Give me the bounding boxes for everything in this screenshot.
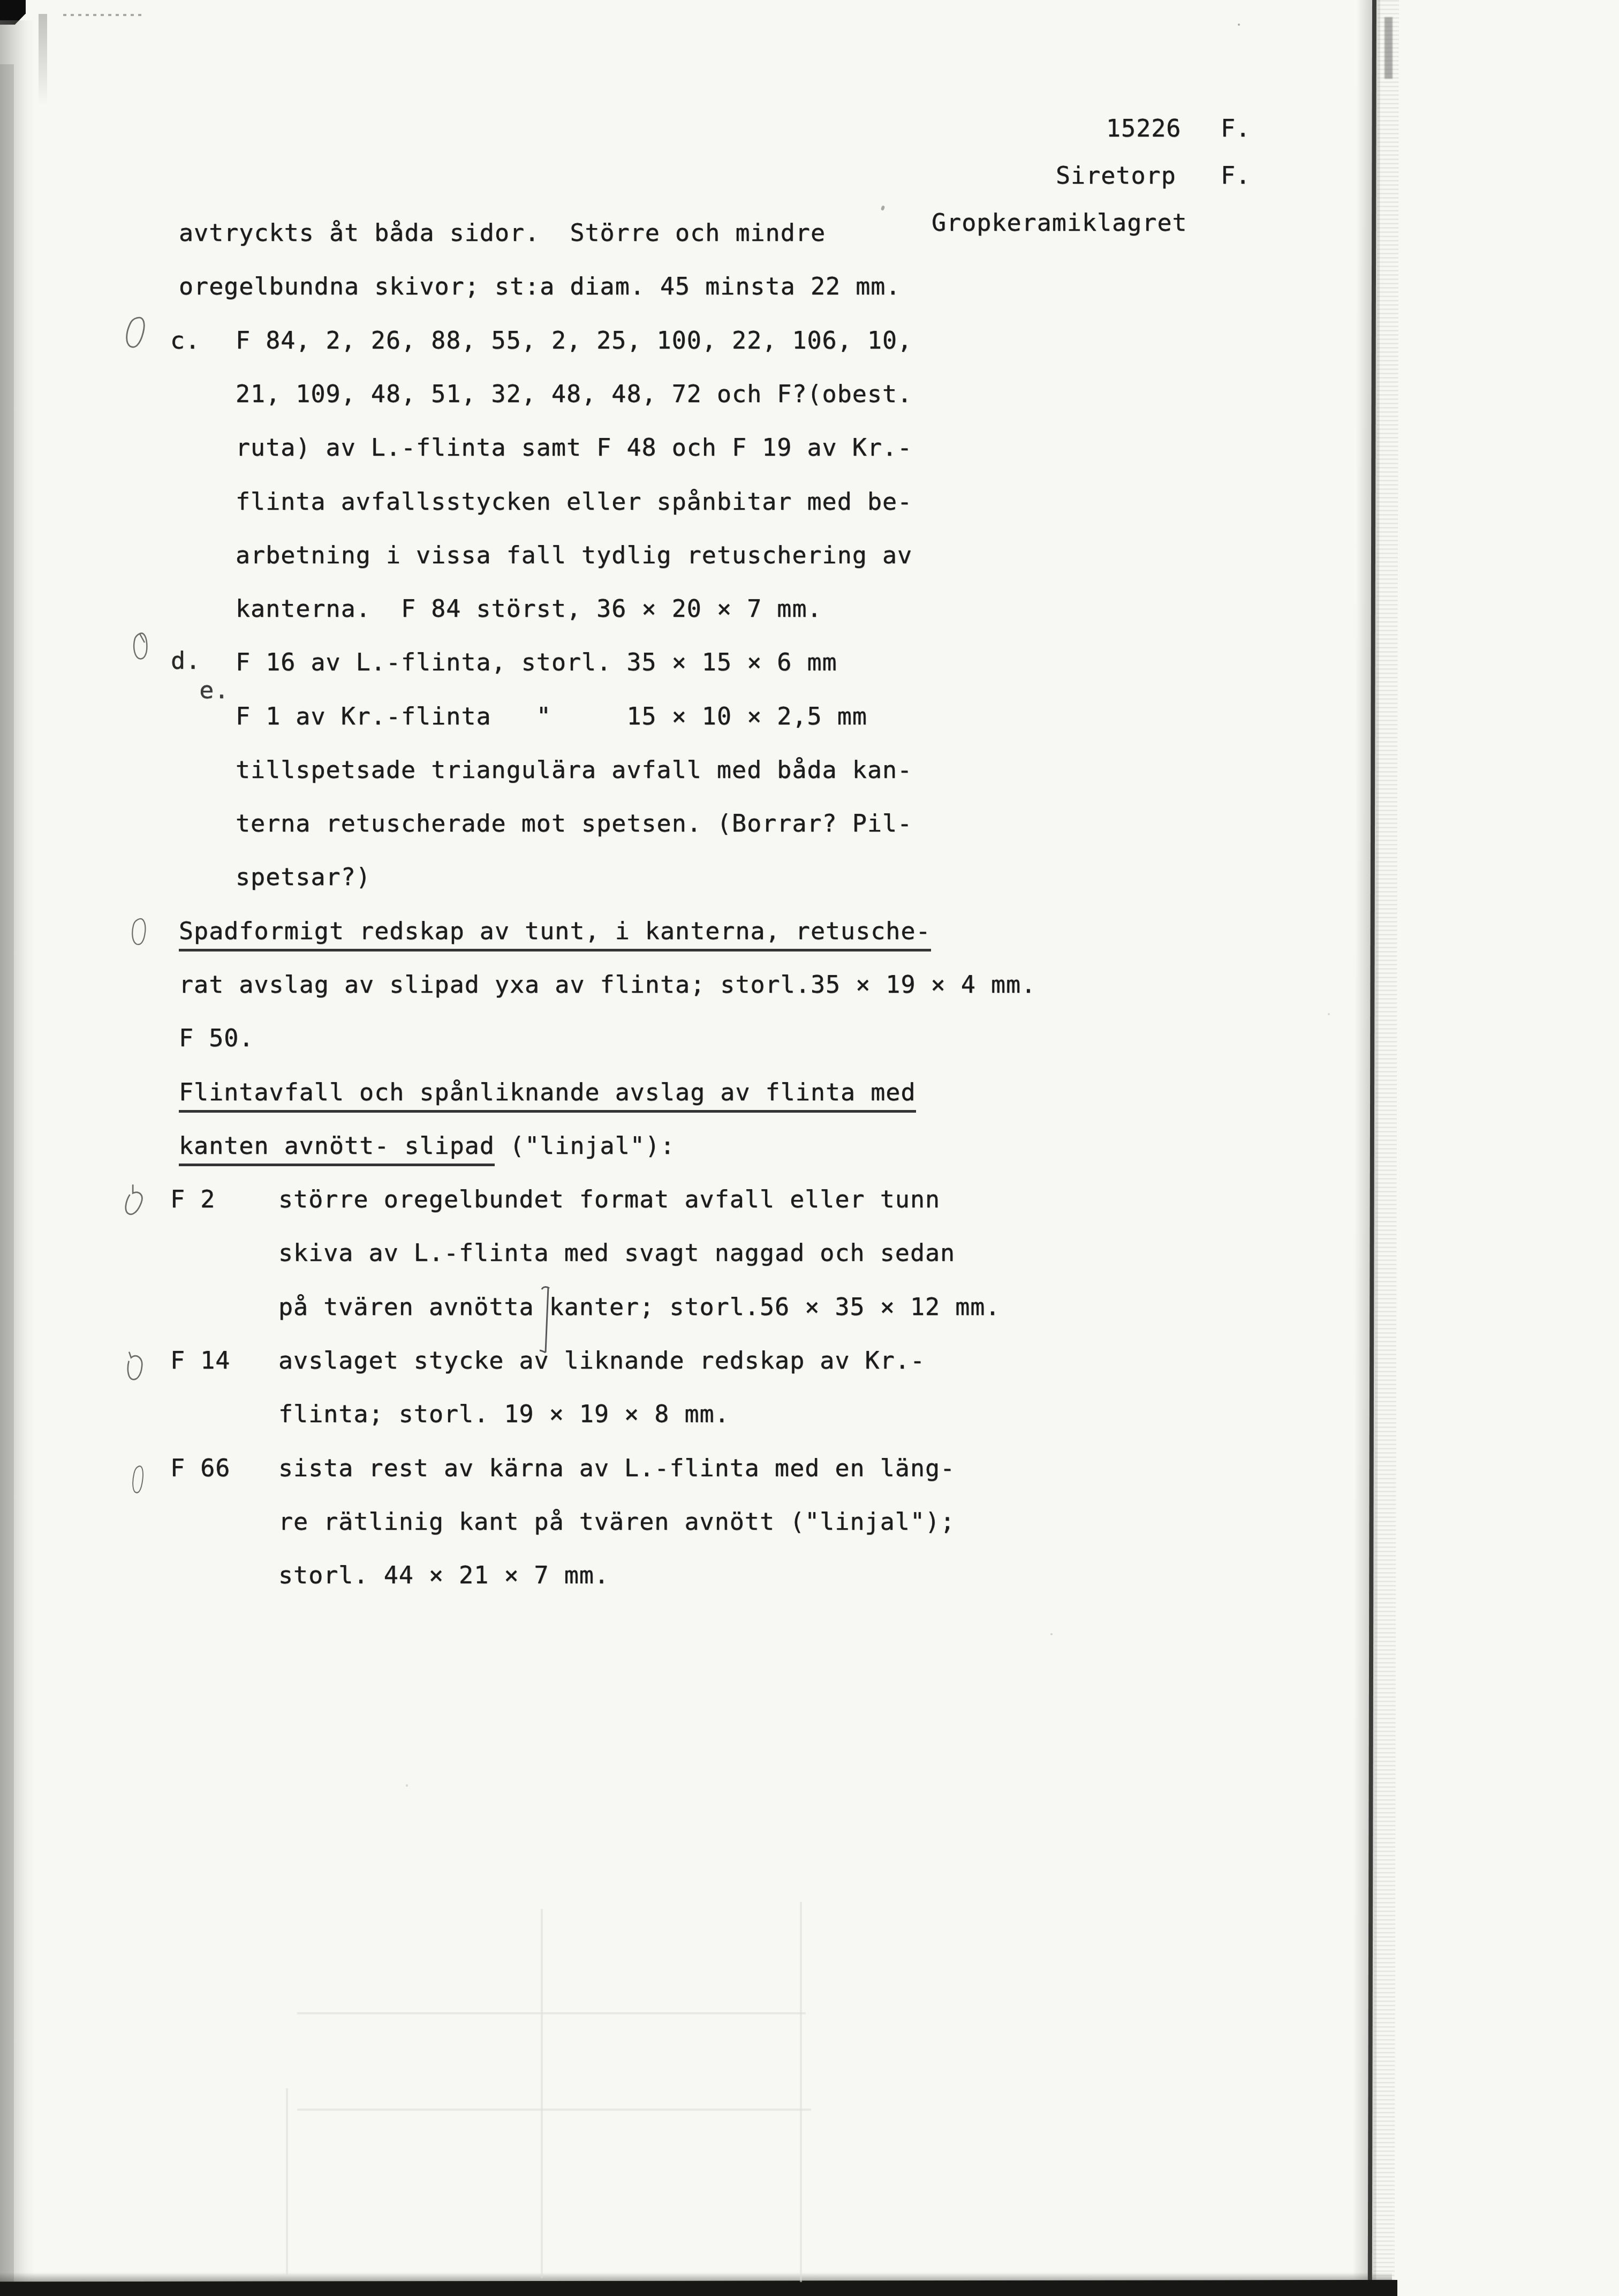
text-line-9: F 16 av L.-flinta, storl. 35 × 15 × 6 mm — [236, 648, 837, 676]
text-line-5: ruta) av L.-flinta samt F 48 och F 19 av… — [236, 434, 912, 462]
header-layer-name: Gropkeramiklagret — [932, 209, 1187, 237]
item-label-f14: F 14 — [170, 1347, 230, 1374]
ink-speck — [406, 1784, 408, 1787]
text-line-1: avtryckts åt båda sidor. Större och mind… — [179, 219, 826, 247]
insertion-stroke-icon — [535, 1284, 557, 1359]
page-edge-halo — [1353, 0, 1380, 2296]
ghost-rule-horizontal-1 — [297, 2012, 806, 2014]
text-line-2: oregelbundna skivor; st:a diam. 45 minst… — [179, 273, 901, 300]
pencil-loop-mark-d — [128, 630, 153, 664]
ink-speck — [1238, 24, 1240, 26]
item-label-d-overstruck-on-e: e. d. — [169, 648, 229, 731]
text-line-26: storl. 44 × 21 × 7 mm. — [278, 1561, 609, 1589]
item-label-c: c. — [170, 327, 200, 354]
top-dotted-smudge — [63, 14, 143, 16]
heading-flintavfall-line-2: kanten avnött- slipad ("linjal"): — [179, 1132, 675, 1160]
ghost-rule-vertical-2 — [800, 1902, 802, 2282]
ink-speck — [881, 205, 886, 211]
scanned-document-page: { "page": {"paper_color":"#f7f7f4","ink_… — [0, 0, 1619, 2296]
label-e: e. — [199, 676, 229, 704]
underlined-text: Spadformigt redskap av tunt, i kanterna,… — [179, 917, 931, 951]
bottom-edge-shadow-fade — [0, 2272, 1392, 2282]
text-line-8: kanterna. F 84 störst, 36 × 20 × 7 mm. — [236, 595, 822, 623]
text-line-6: flinta avfallsstycken eller spånbitar me… — [236, 488, 912, 516]
text-line-4: 21, 109, 48, 51, 32, 48, 48, 72 och F?(o… — [236, 380, 912, 408]
text-line-11: tillspetsade triangulära avfall med båda… — [236, 756, 912, 784]
ink-speck — [1050, 1633, 1053, 1635]
bottom-edge-shadow — [0, 2280, 1397, 2296]
heading-flintavfall-line-1: Flintavfall och spånliknande avslag av f… — [179, 1078, 916, 1106]
text-line-13: spetsar?) — [236, 863, 371, 891]
heading-spadformigt: Spadformigt redskap av tunt, i kanterna,… — [179, 917, 931, 945]
text-line-20: skiva av L.-flinta med svagt naggad och … — [278, 1239, 955, 1267]
text-line-10: F 1 av Kr.-flinta " 15 × 10 × 2,5 mm — [236, 703, 867, 730]
pencil-loop-mark-f66 — [130, 1460, 147, 1500]
text-line-25: re rätlinig kant på tvären avnött ("linj… — [278, 1508, 955, 1536]
text-line-24: sista rest av kärna av L.-flinta med en … — [278, 1454, 955, 1482]
text-line-15: rat avslag av slipad yxa av flinta; stor… — [179, 971, 1036, 999]
underlined-text: Flintavfall och spånliknande avslag av f… — [179, 1078, 916, 1113]
text-line-12: terna retuscherade mot spetsen. (Borrar?… — [236, 810, 912, 837]
item-label-f66: F 66 — [170, 1454, 230, 1482]
ghost-rule-horizontal-2 — [297, 2109, 811, 2111]
header-site-suffix: F. — [1221, 162, 1251, 190]
text-line-21: på tvären avnötta kanter; storl.56 × 35 … — [278, 1293, 1000, 1321]
page-edge-top-smudge — [1385, 17, 1393, 79]
pencil-loop-mark-c — [122, 313, 149, 353]
text-line-23: flinta; storl. 19 × 19 × 8 mm. — [278, 1400, 730, 1428]
item-label-f2: F 2 — [170, 1185, 215, 1213]
header-id-number: 15226 — [1106, 115, 1181, 142]
page-edge-speckle — [1373, 0, 1399, 2296]
ink-speck — [1328, 1013, 1330, 1015]
top-left-streak — [39, 14, 47, 105]
left-edge-shadow — [0, 20, 35, 2296]
text-line-7: arbetning i vissa fall tydlig retuscheri… — [236, 541, 912, 569]
left-edge-shadow-inner — [0, 64, 14, 2296]
text-line-3: F 84, 2, 26, 88, 55, 2, 25, 100, 22, 106… — [236, 327, 912, 354]
pencil-loop-mark-f14 — [122, 1348, 148, 1385]
scan-corner-black-mark-icon — [0, 0, 26, 25]
plain-text-tail: ("linjal"): — [495, 1131, 675, 1160]
pencil-loop-mark-spadformigt — [130, 917, 149, 948]
text-line-19: större oregelbundet format avfall eller … — [278, 1185, 940, 1213]
underlined-text: kanten avnött- slipad — [179, 1131, 495, 1166]
page-edge-line — [1368, 0, 1376, 2296]
text-line-16: F 50. — [179, 1024, 254, 1052]
label-d: d. — [171, 647, 201, 675]
ghost-rule-vertical-1 — [541, 1909, 543, 2278]
header-id-suffix: F. — [1221, 115, 1251, 142]
header-site-name: Siretorp — [1056, 162, 1176, 190]
pencil-loop-mark-f2 — [119, 1182, 150, 1222]
text-line-22: avslaget stycke av liknande redskap av K… — [278, 1347, 925, 1374]
ghost-rule-vertical-3 — [286, 2088, 288, 2276]
